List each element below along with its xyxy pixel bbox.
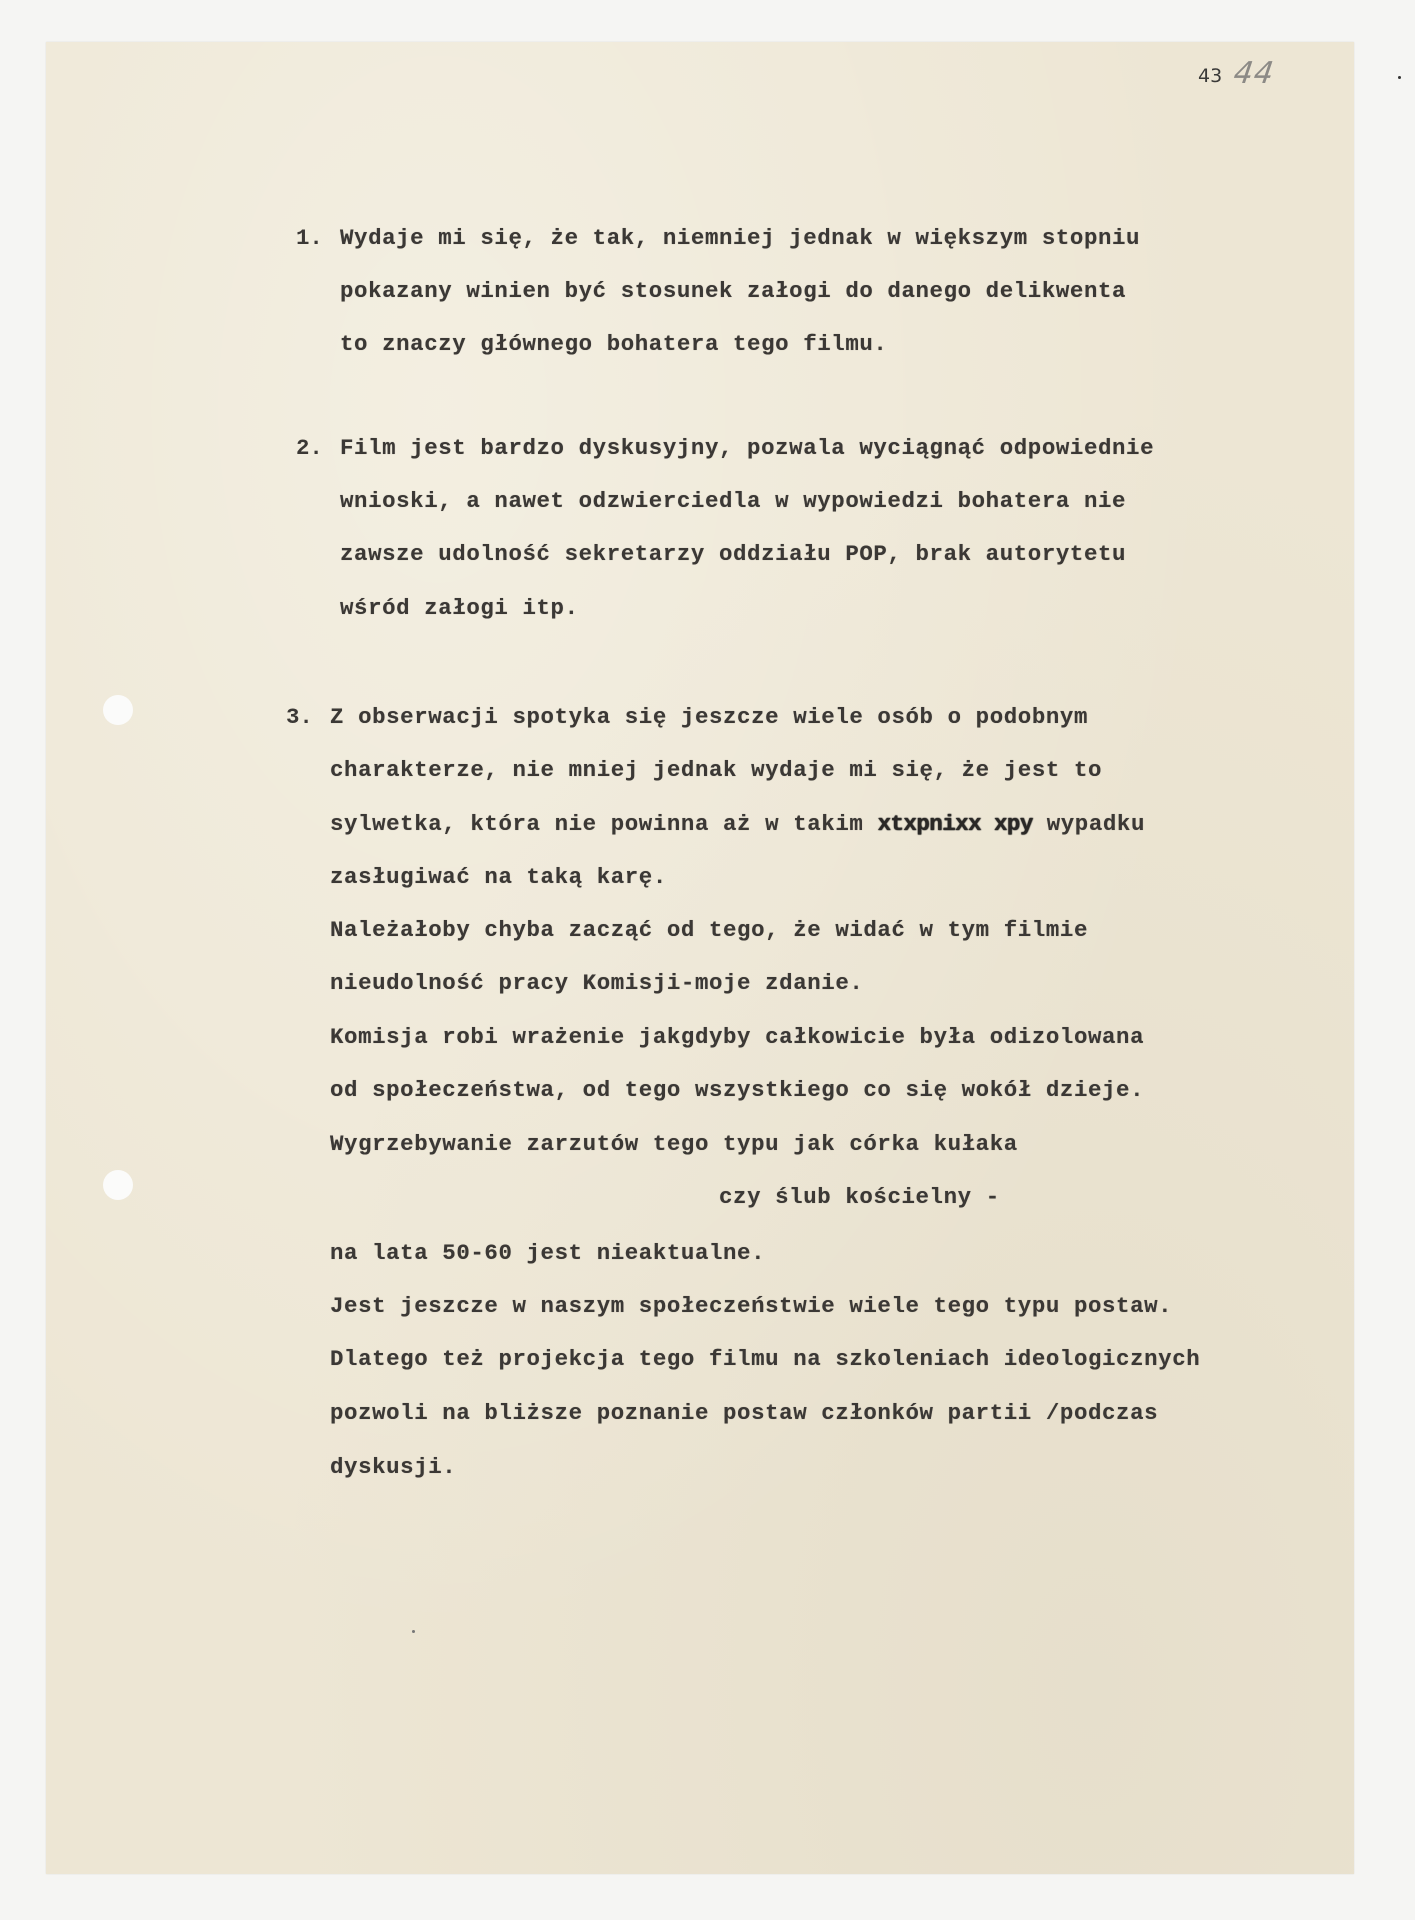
- text-line: pozwoli na bliższe poznanie postaw człon…: [330, 1399, 1158, 1427]
- text-line: Wygrzebywanie zarzutów tego typu jak cór…: [330, 1130, 1018, 1158]
- text-line: Komisja robi wrażenie jakgdyby całkowici…: [330, 1023, 1144, 1051]
- text-line-indented: czy ślub kościelny -: [719, 1183, 1000, 1211]
- text-line: Film jest bardzo dyskusyjny, pozwala wyc…: [340, 434, 1154, 462]
- text-line-with-strikeout: sylwetka, która nie powinna aż w takim x…: [330, 810, 1145, 838]
- text-fragment: wypadku: [1033, 811, 1145, 837]
- text-line: zawsze udolność sekretarzy oddziału POP,…: [340, 540, 1126, 568]
- text-line: Dlatego też projekcja tego filmu na szko…: [330, 1345, 1200, 1373]
- text-line: to znaczy głównego bohatera tego filmu.: [340, 330, 887, 358]
- text-line: Należałoby chyba zacząć od tego, że wida…: [330, 916, 1088, 944]
- text-line: nieudolność pracy Komisji-moje zdanie.: [330, 969, 863, 997]
- text-line: wśród załogi itp.: [340, 594, 579, 622]
- punch-hole-top: [103, 695, 133, 725]
- handwritten-page-number: 44: [1232, 56, 1277, 91]
- text-line: wnioski, a nawet odzwierciedla w wypowie…: [340, 487, 1126, 515]
- text-fragment: sylwetka, która nie powinna aż w takim: [330, 811, 877, 837]
- scan-speck: [1398, 76, 1401, 79]
- paper-speck: [412, 1630, 415, 1633]
- text-line: na lata 50-60 jest nieaktualne.: [330, 1239, 765, 1267]
- text-line: zasługiwać na taką karę.: [330, 863, 667, 891]
- struck-out-text: xtxpnixx xpy: [877, 811, 1032, 837]
- text-line: Jest jeszcze w naszym społeczeństwie wie…: [330, 1292, 1172, 1320]
- section-number: 2.: [296, 434, 323, 462]
- text-line: od społeczeństwa, od tego wszystkiego co…: [330, 1076, 1144, 1104]
- document-page: 43 44 1. Wydaje mi się, że tak, niemniej…: [46, 42, 1354, 1874]
- section-number: 1.: [296, 224, 323, 252]
- typed-page-number: 43: [1198, 65, 1222, 87]
- punch-hole-bottom: [103, 1170, 133, 1200]
- text-line: charakterze, nie mniej jednak wydaje mi …: [330, 756, 1102, 784]
- text-line: Wydaje mi się, że tak, niemniej jednak w…: [340, 224, 1140, 252]
- text-line: Z obserwacji spotyka się jeszcze wiele o…: [330, 703, 1088, 731]
- text-line: pokazany winien być stosunek załogi do d…: [340, 277, 1126, 305]
- text-line: dyskusji.: [330, 1453, 456, 1481]
- section-number: 3.: [286, 703, 313, 731]
